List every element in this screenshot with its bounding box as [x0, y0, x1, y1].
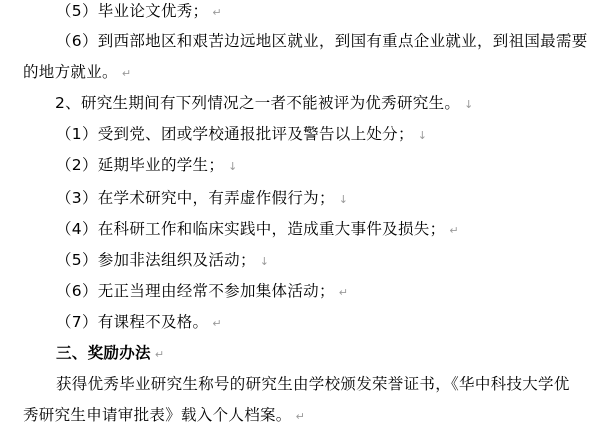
paragraph-text: 获得优秀毕业研究生称号的研究生由学校颁发荣誉证书，《华中科技大学优 — [56, 375, 570, 393]
paragraph-text: （3）在学术研究中，有弄虚作假行为； — [56, 189, 335, 207]
paragraph-text: （7）有课程不及格。 — [56, 313, 208, 331]
paragraph-mark-icon: ↵ — [122, 67, 132, 80]
paragraph-item-6-continued: 的地方就业。↵ — [23, 62, 131, 84]
line-break-icon: ↓ — [260, 255, 270, 268]
paragraph-text: （5）参加非法组织及活动； — [56, 251, 256, 269]
heading-text: 三、奖励办法 — [56, 344, 151, 362]
paragraph-text: （6）无正当理由经常不参加集体活动； — [56, 282, 335, 300]
paragraph-mark-icon: ↵ — [212, 6, 222, 19]
line-break-icon: ↓ — [464, 98, 474, 111]
paragraph-mark-icon: ↵ — [212, 317, 222, 330]
disqualify-item-5: （5）参加非法组织及活动；↓ — [56, 250, 269, 272]
paragraph-text: （6）到西部地区和艰苦边远地区就业，到国有重点企业就业，到祖国最需要 — [56, 32, 588, 50]
reward-paragraph-continued: 秀研究生申请审批表》载入个人档案。↵ — [23, 405, 305, 427]
disqualify-item-1: （1）受到党、团或学校通报批评及警告以上处分；↓ — [56, 124, 427, 146]
section-2-heading: 2、研究生期间有下列情况之一者不能被评为优秀研究生。↓ — [55, 93, 474, 115]
disqualify-item-2: （2）延期毕业的学生；↓ — [56, 155, 238, 177]
section-3-heading: 三、奖励办法↵ — [56, 343, 164, 365]
paragraph-item-6: （6）到西部地区和艰苦边远地区就业，到国有重点企业就业，到祖国最需要 — [56, 31, 592, 53]
disqualify-item-7: （7）有课程不及格。↵ — [56, 312, 222, 334]
paragraph-mark-icon: ↵ — [296, 410, 306, 423]
paragraph-text: （5）毕业论文优秀； — [56, 2, 208, 20]
paragraph-text: （4）在科研工作和临床实践中，造成重大事件及损失； — [56, 220, 445, 238]
line-break-icon: ↓ — [339, 193, 349, 206]
paragraph-mark-icon: ↵ — [339, 286, 349, 299]
disqualify-item-3: （3）在学术研究中，有弄虚作假行为；↓ — [56, 188, 348, 210]
paragraph-text: 2、研究生期间有下列情况之一者不能被评为优秀研究生。 — [55, 94, 460, 112]
line-break-icon: ↓ — [418, 129, 428, 142]
paragraph-text: 的地方就业。 — [23, 63, 118, 81]
paragraph-item-5: （5）毕业论文优秀；↵ — [56, 1, 222, 23]
reward-paragraph: 获得优秀毕业研究生称号的研究生由学校颁发荣誉证书，《华中科技大学优 — [56, 374, 574, 396]
paragraph-text: 秀研究生申请审批表》载入个人档案。 — [23, 406, 292, 424]
paragraph-mark-icon: ↵ — [155, 348, 165, 361]
paragraph-text: （2）延期毕业的学生； — [56, 156, 224, 174]
paragraph-text: （1）受到党、团或学校通报批评及警告以上处分； — [56, 125, 414, 143]
paragraph-mark-icon: ↵ — [449, 224, 459, 237]
disqualify-item-4: （4）在科研工作和临床实践中，造成重大事件及损失；↵ — [56, 219, 459, 241]
disqualify-item-6: （6）无正当理由经常不参加集体活动；↵ — [56, 281, 348, 303]
line-break-icon: ↓ — [228, 160, 238, 173]
